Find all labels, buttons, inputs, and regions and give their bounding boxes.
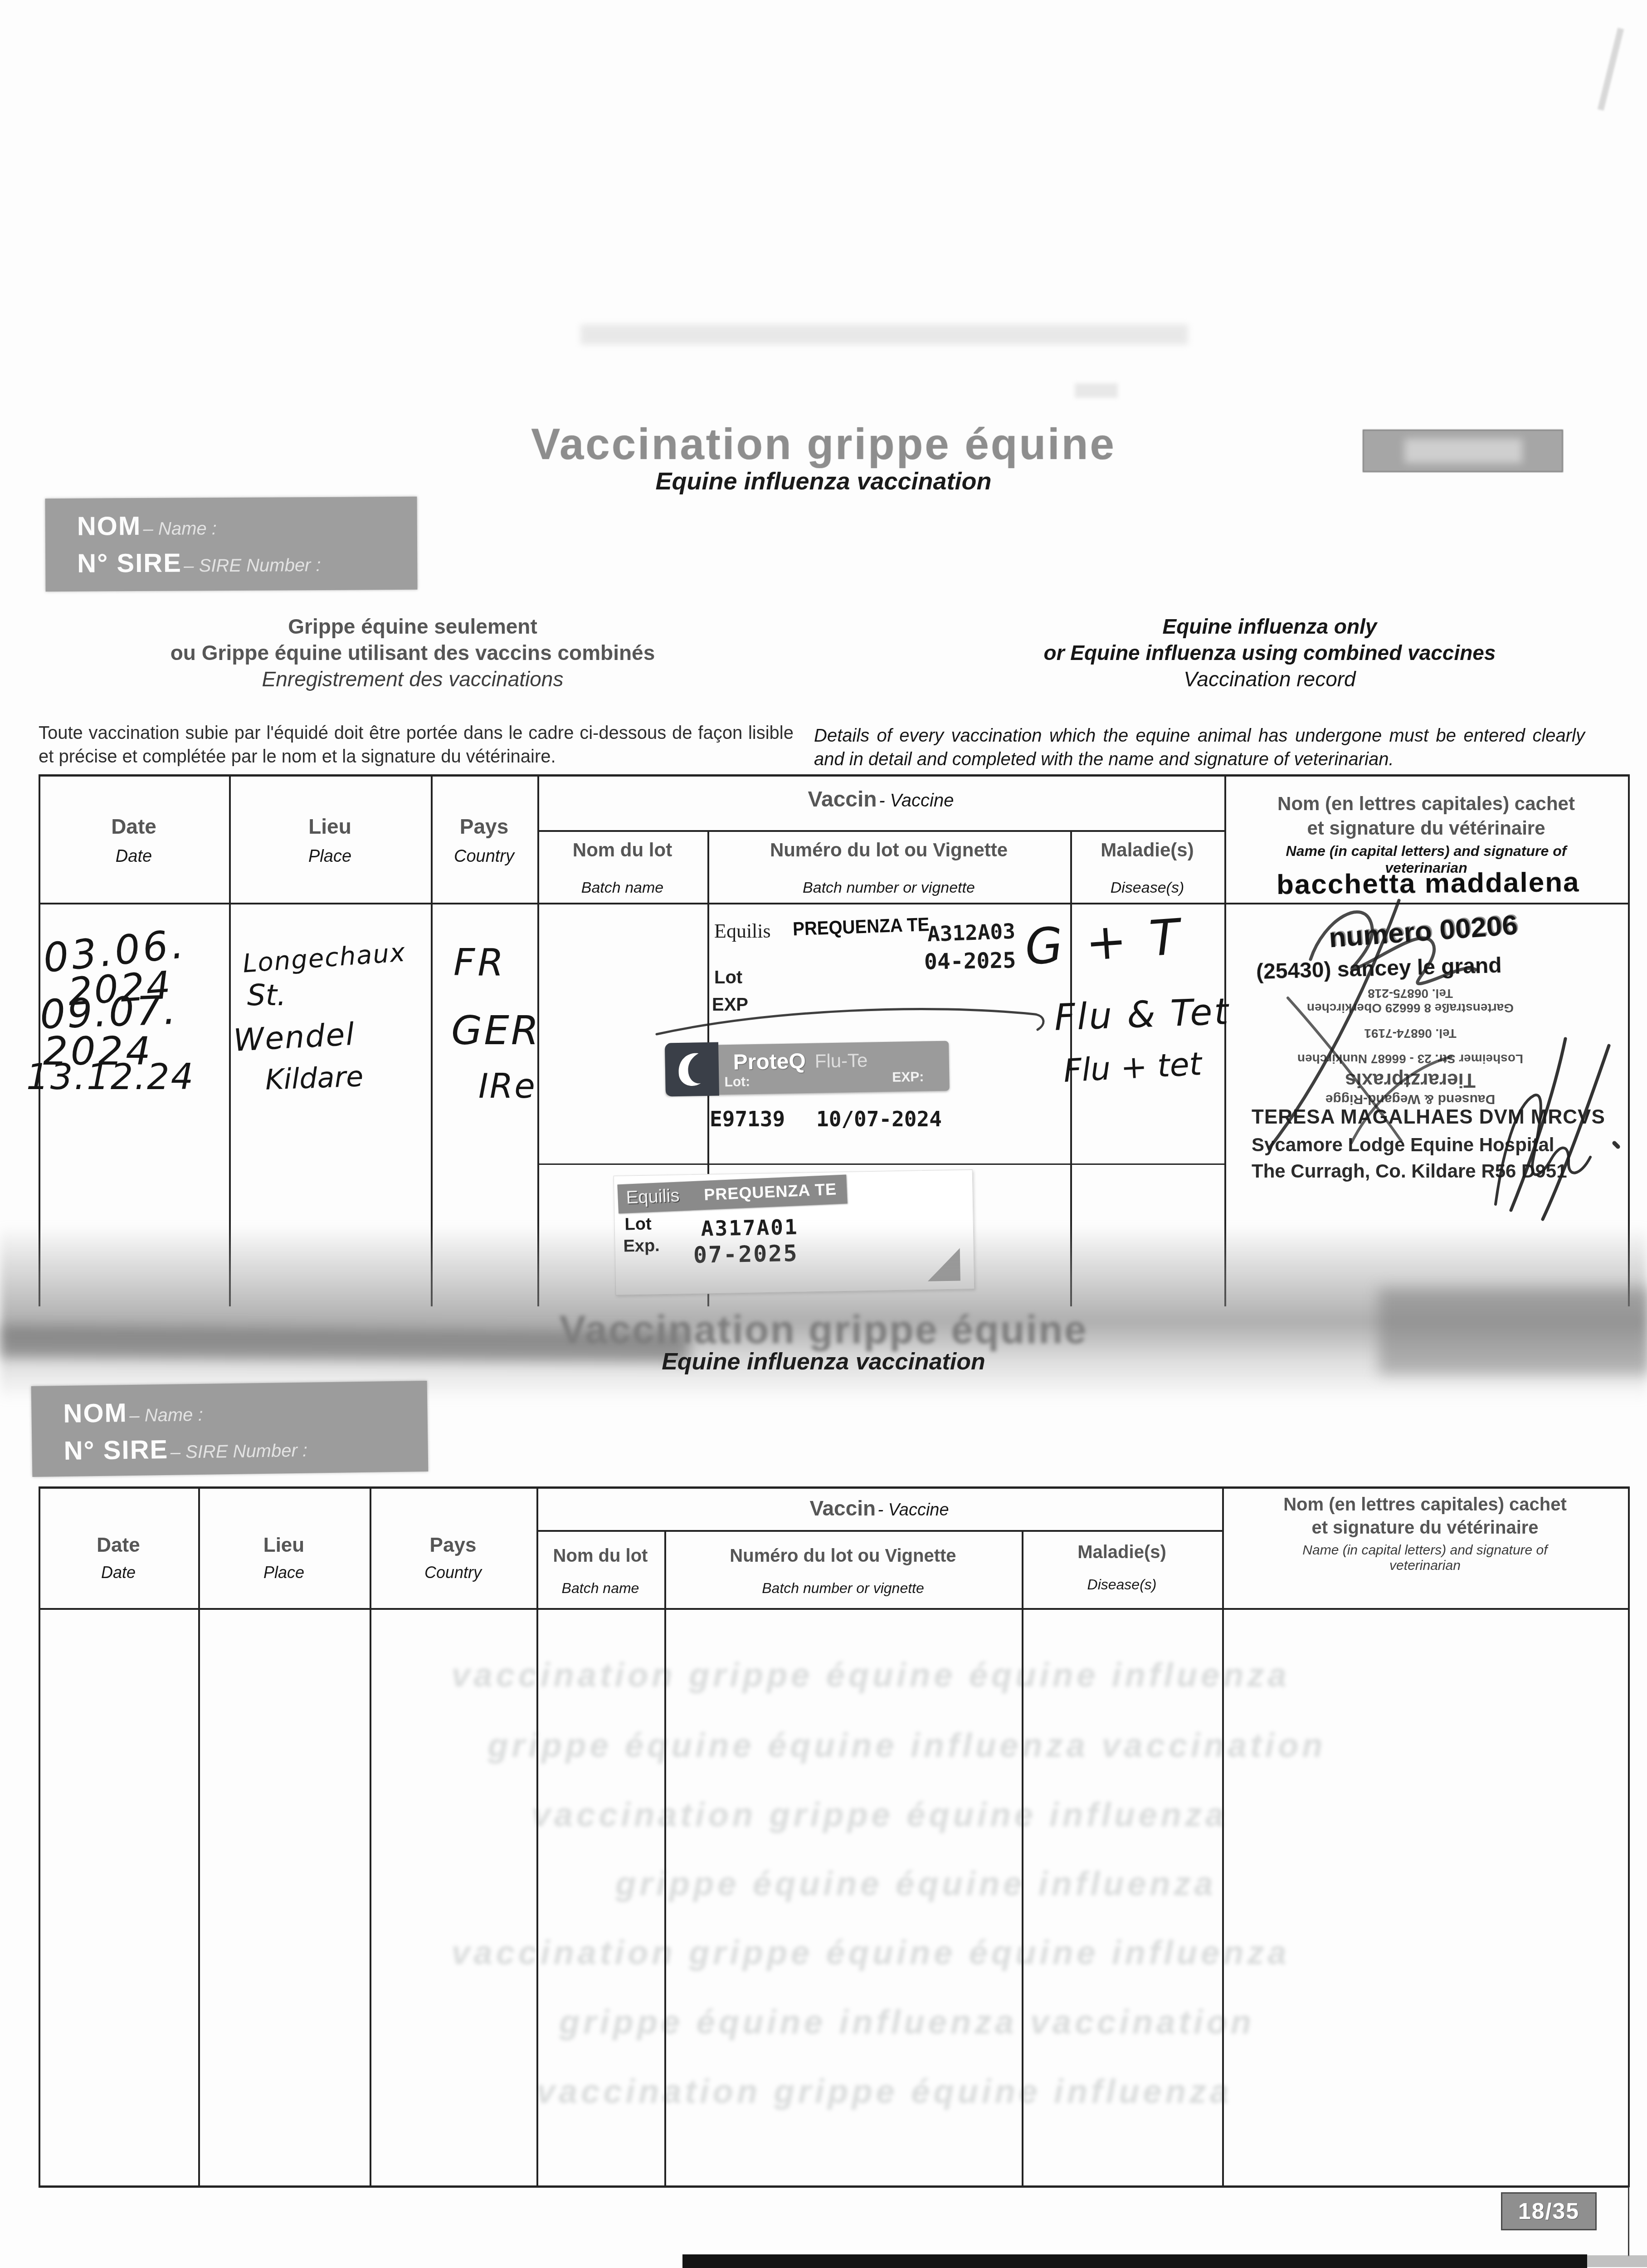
signature-scribble-loops — [1311, 912, 1476, 983]
table2-line-date — [198, 1486, 200, 2187]
t2-vaccin-en: - Vaccine — [878, 1501, 949, 1520]
t2-num-en: Batch number or vignette — [664, 1580, 1022, 1597]
t2-vaccin-fr: Vaccin — [809, 1496, 876, 1520]
page-subtitle2-wrap: Equine influenza vaccination — [0, 1348, 1647, 1375]
page-number: 18/35 — [1518, 2198, 1579, 2224]
t2-vet-fr2: et signature du vétérinaire — [1222, 1518, 1628, 1538]
table2-border-right — [1628, 1486, 1630, 2187]
t2-lieu-en: Place — [198, 1563, 370, 1582]
ink-overlay — [0, 0, 1647, 2268]
page-title2: Vaccination grippe équine — [559, 1307, 1087, 1352]
t2-date-fr: Date — [39, 1534, 198, 1557]
table2-line-lot — [664, 1530, 666, 2187]
scan-bar-bottom — [682, 2254, 1587, 2268]
scanned-page: { "title": {"main": "Vaccination grippe … — [0, 0, 1647, 2268]
table2-border-left — [39, 1486, 40, 2187]
teresa-signature-dot — [1614, 1143, 1618, 1147]
t2-num-fr: Numéro du lot ou Vignette — [664, 1546, 1022, 1566]
t2-vet-fr1: Nom (en lettres capitales) cachet — [1222, 1495, 1628, 1515]
signature-scribble-stroke3 — [1351, 1057, 1451, 1143]
table2-line-num — [1022, 1530, 1023, 2187]
signature-scribble-stroke2 — [1288, 998, 1401, 1141]
table2-line-lieu — [370, 1486, 371, 2187]
sire-en-label-2: – SIRE Number : — [170, 1441, 307, 1462]
table2-header-bottom — [39, 1608, 1628, 1610]
t2-col-date: Date Date — [39, 1534, 198, 1582]
t2-date-en: Date — [39, 1563, 198, 1582]
t2-vet-en2: veterinarian — [1222, 1558, 1628, 1574]
sire-line-2: N° SIRE – SIRE Number : — [63, 1432, 307, 1466]
t2-pays-fr: Pays — [370, 1534, 536, 1557]
t2-lieu-fr: Lieu — [198, 1534, 370, 1557]
table2-line-mal — [1222, 1486, 1224, 2187]
name-sire-box-2: NOM – Name : N° SIRE – SIRE Number : — [31, 1381, 429, 1477]
t2-col-num: Numéro du lot ou Vignette Batch number o… — [664, 1546, 1022, 1597]
t2-col-mal: Maladie(s) Disease(s) — [1022, 1542, 1222, 1593]
t2-pays-en: Country — [370, 1563, 536, 1582]
t2-lot-en: Batch name — [536, 1580, 664, 1597]
t2-col-lot: Nom du lot Batch name — [536, 1546, 664, 1597]
table2-right-extension — [1628, 2187, 1629, 2256]
t2-col-pays: Pays Country — [370, 1534, 536, 1582]
t2-col-vaccin: Vaccin - Vaccine — [536, 1496, 1222, 1520]
page-subtitle2: Equine influenza vaccination — [662, 1349, 985, 1375]
t2-lot-fr: Nom du lot — [536, 1546, 664, 1566]
nom-line-2: NOM – Name : — [63, 1397, 203, 1429]
t2-col-lieu: Lieu Place — [198, 1534, 370, 1582]
t2-vet-en1: Name (in capital letters) and signature … — [1222, 1543, 1628, 1558]
t2-mal-fr: Maladie(s) — [1022, 1542, 1222, 1563]
teresa-signature-loops — [1496, 1095, 1590, 1204]
sire-label-2: N° SIRE — [63, 1435, 168, 1466]
t2-mal-en: Disease(s) — [1022, 1576, 1222, 1593]
table2-vaccin-divider — [536, 1530, 1222, 1532]
sticker1-wavy-edge — [657, 1009, 1043, 1034]
t2-col-vet: Nom (en lettres capitales) cachet et sig… — [1222, 1495, 1628, 1574]
teresa-signature-stroke2 — [1543, 1046, 1609, 1219]
nom-label-2: NOM — [63, 1398, 127, 1428]
name-label-2: – Name : — [129, 1405, 203, 1426]
table2-top-border — [39, 1486, 1628, 1489]
table2-bottom-border — [39, 2185, 1628, 2188]
page-number-badge: 18/35 — [1501, 2192, 1597, 2230]
page-title2-wrap: Vaccination grippe équine — [0, 1306, 1647, 1353]
scan-bar-bottom-fade — [1587, 2255, 1647, 2267]
